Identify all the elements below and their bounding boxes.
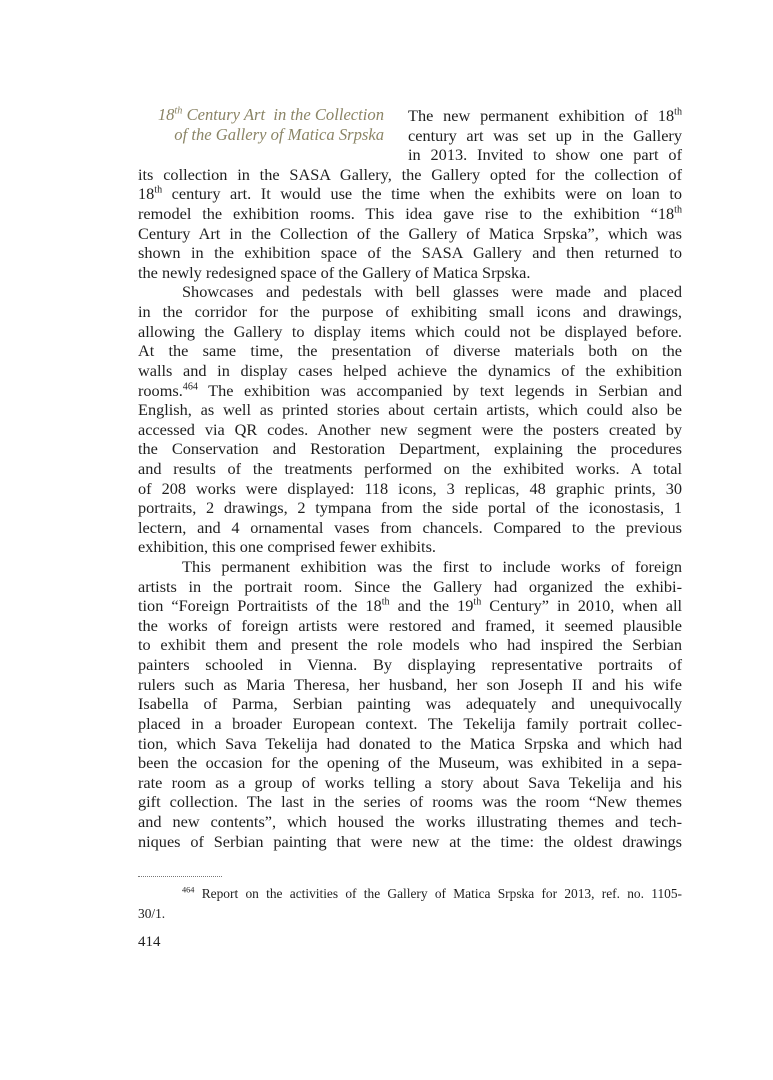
footnote-number: 464 <box>182 886 194 895</box>
body-line: accessed via QR codes. Another new segme… <box>138 420 682 440</box>
footnote-reference[interactable]: 464 <box>183 381 198 392</box>
body-line: lectern, and 4 ornamental vases from cha… <box>138 518 682 538</box>
body-line: tion “Foreign Portraitists of the 18th a… <box>138 596 682 616</box>
body-line: rate room as a group of works telling a … <box>138 773 682 793</box>
footnote-line: 30/1. <box>138 904 682 924</box>
footnote-line: 464 Report on the activities of the Gall… <box>138 884 682 904</box>
body-line: and results of the treatments performed … <box>138 459 682 479</box>
body-line: painters schooled in Vienna. By displayi… <box>138 655 682 675</box>
body-line: and new contents”, which housed the work… <box>138 812 682 832</box>
body-line: been the occasion for the opening of the… <box>138 753 682 773</box>
body-line: the works of foreign artists were restor… <box>138 616 682 636</box>
body-line: its collection in the SASA Gallery, the … <box>138 165 682 185</box>
body-line: niques of Serbian painting that were new… <box>138 832 682 852</box>
body-line: of 208 works were displayed: 118 icons, … <box>138 479 682 499</box>
document-page: 18th Century Art in the Collection of th… <box>0 0 773 1080</box>
footnote: 464 Report on the activities of the Gall… <box>138 884 682 924</box>
body-line: rulers such as Maria Theresa, her husban… <box>138 675 682 695</box>
body-line: At the same time, the presentation of di… <box>138 341 682 361</box>
body-line: to exhibit them and present the role mod… <box>138 635 682 655</box>
page-number: 414 <box>138 932 161 952</box>
body-line: rooms.464 The exhibition was accompanied… <box>138 381 682 401</box>
body-line: in the corridor for the purpose of exhib… <box>138 302 682 322</box>
body-line: portraits, 2 drawings, 2 tympana from th… <box>138 498 682 518</box>
body-line: allowing the Gallery to display items wh… <box>138 322 682 342</box>
body-line: remodel the exhibition rooms. This idea … <box>138 204 682 224</box>
body-line: the Conservation and Restoration Departm… <box>138 439 682 459</box>
body-line: English, as well as printed stories abou… <box>138 400 682 420</box>
body-line: 18th century art. It would use the time … <box>138 184 682 204</box>
body-line: century art was set up in the Gallery <box>408 126 682 146</box>
body-line: walls and in display cases helped achiev… <box>138 361 682 381</box>
body-line: the newly redesigned space of the Galler… <box>138 263 682 283</box>
body-line: Century Art in the Collection of the Gal… <box>138 224 682 244</box>
body-line: Showcases and pedestals with bell glasse… <box>138 282 682 302</box>
body-line: tion, which Sava Tekelija had donated to… <box>138 734 682 754</box>
body-line: artists in the portrait room. Since the … <box>138 577 682 597</box>
body-line: shown in the exhibition space of the SAS… <box>138 243 682 263</box>
body-line: in 2013. Invited to show one part of <box>408 145 682 165</box>
body-line: gift collection. The last in the series … <box>138 792 682 812</box>
body-line: Isabella of Parma, Serbian painting was … <box>138 694 682 714</box>
body-line: exhibition, this one comprised fewer exh… <box>138 537 682 557</box>
body-line: placed in a broader European context. Th… <box>138 714 682 734</box>
footnote-separator <box>138 876 222 877</box>
body-line: This permanent exhibition was the first … <box>138 557 682 577</box>
body-line: The new permanent exhibition of 18th <box>408 106 682 126</box>
body-text: The new permanent exhibition of 18th cen… <box>138 106 682 851</box>
